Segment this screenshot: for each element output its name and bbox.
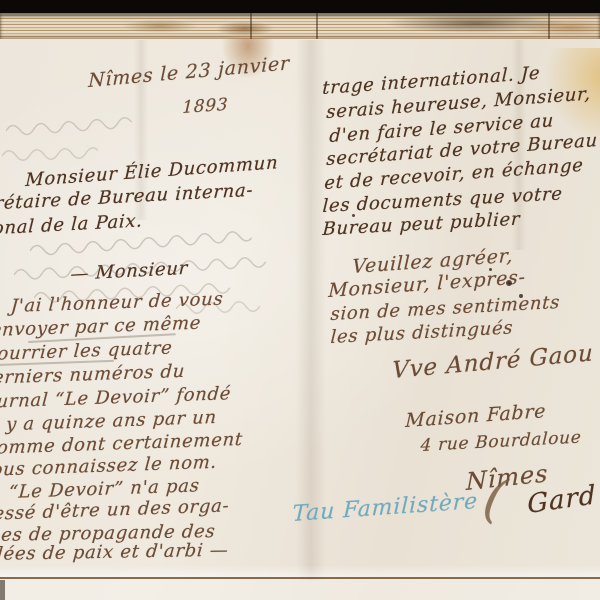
- ghost-pencil-line: [2, 144, 99, 165]
- ink-speck: [506, 280, 512, 286]
- handwritten-line-left-page: 1893: [182, 95, 229, 118]
- page-edge-crease: [548, 13, 550, 39]
- handwritten-line-left-page: idées de paix et d'arbi —: [0, 540, 230, 565]
- handwritten-line-right-page: 4 rue Bourdaloue: [420, 427, 582, 456]
- page-edge-crease: [316, 13, 318, 39]
- handwritten-line-right-page: Vve André Gaou: [392, 340, 594, 384]
- photo-background-top: [0, 0, 600, 13]
- dark-corner-sliver: [0, 580, 5, 600]
- ghost-pencil-line: [176, 297, 271, 318]
- ghost-pencil-line: [5, 113, 138, 140]
- handwritten-line-right-page: Maison Fabre: [405, 400, 547, 432]
- page-edge-stains: [0, 13, 600, 39]
- scanned-letter-photo: Nîmes le 23 janvier1893Monsieur Élie Duc…: [0, 0, 600, 600]
- ink-speck: [489, 268, 492, 271]
- ink-speck: [352, 214, 355, 217]
- handwritten-line-left-page: Nîmes le 23 janvier: [88, 52, 290, 92]
- page-edge-crease: [250, 13, 252, 39]
- ink-speck: [519, 294, 523, 298]
- paper-below-fold: [0, 579, 600, 600]
- fold-highlight: [0, 565, 600, 577]
